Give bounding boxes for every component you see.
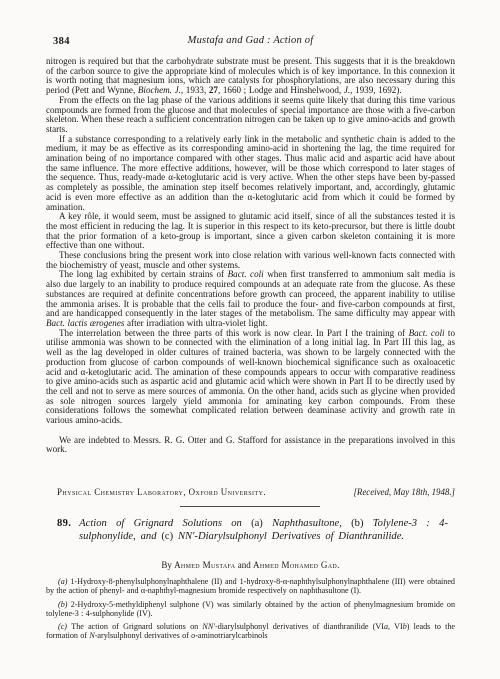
- article-heading: 89.Action of Grignard Solutions on (a) N…: [57, 517, 448, 543]
- text-segment: If a substance corresponding to a relati…: [46, 134, 455, 212]
- text-segment: Ahmed Mustafa: [174, 560, 235, 570]
- paragraph: A key rôle, it would seem, must be assig…: [46, 212, 455, 251]
- text-segment: NN′-Diarylsulphonyl Derivatives of Diant…: [178, 531, 404, 542]
- text-segment: (b): [58, 600, 71, 609]
- text-segment: to utilise ammonia was shown to be conne…: [46, 328, 455, 425]
- body-paragraphs: nitrogen is required but that the carboh…: [46, 57, 455, 455]
- paragraph: nitrogen is required but that the carboh…: [46, 57, 455, 96]
- running-title: Mustafa and Gad : Action of: [46, 35, 455, 46]
- text-segment: (c): [58, 622, 71, 631]
- paragraph: The interrelation between the three part…: [46, 329, 455, 426]
- text-segment: (a): [58, 577, 70, 586]
- text-segment: 1-Hydroxy-8-phenylsulphonylnaphthalene (…: [46, 577, 455, 595]
- text-segment: , VI: [388, 622, 403, 631]
- abstract-paragraphs: (a) 1-Hydroxy-8-phenylsulphonylnaphthale…: [46, 577, 455, 645]
- paragraph: (a) 1-Hydroxy-8-phenylsulphonylnaphthale…: [46, 577, 455, 596]
- text-segment: 2-Hydroxy-5-methyldiphenyl sulphone (V) …: [46, 600, 455, 618]
- text-segment: Bact. coli: [409, 328, 445, 338]
- text-segment: A key rôle, it would seem, must be assig…: [46, 211, 455, 250]
- text-segment: The long lag exhibited by certain strain…: [59, 269, 228, 279]
- article-number: 89.: [57, 518, 79, 529]
- text-segment: after irradiation with ultra-violet ligh…: [124, 318, 267, 328]
- text-segment: Action of Grignard Solutions on: [79, 518, 251, 529]
- text-segment: NN′: [202, 622, 215, 631]
- text-segment: -aminotriarylcarbinols: [195, 631, 267, 640]
- page-number: 384: [53, 36, 70, 47]
- text-segment: -diarylsulphonyl derivatives of dianthra…: [215, 622, 384, 631]
- text-segment: The action of Grignard solutions on: [71, 622, 202, 631]
- text-segment: and: [235, 560, 253, 570]
- paragraph: We are indebted to Messrs. R. G. Otter a…: [46, 436, 455, 455]
- paragraph: The long lag exhibited by certain strain…: [46, 270, 455, 328]
- section-divider: [180, 506, 320, 507]
- text-segment: Naphthasultone,: [272, 518, 351, 529]
- byline: By Ahmed Mustafa and Ahmed Mohamed Gad.: [46, 560, 455, 570]
- text-segment: , 1933,: [181, 85, 209, 95]
- text-segment: From the effects on the lag phase of the…: [46, 95, 455, 134]
- text-segment: , 1660 ; Lodge and Hinshelwood,: [218, 85, 344, 95]
- text-segment: Biochem. J.: [138, 85, 181, 95]
- text-segment: Bact. coli: [228, 269, 264, 279]
- text-segment: (c): [161, 531, 178, 542]
- paragraph: These conclusions bring the present work…: [46, 251, 455, 270]
- text-segment: The interrelation between the three part…: [59, 328, 409, 338]
- article-title: Action of Grignard Solutions on (a) Naph…: [79, 518, 448, 542]
- paragraph: If a substance corresponding to a relati…: [46, 135, 455, 213]
- laboratory-credit: Physical Chemistry Laboratory, Oxford Un…: [46, 487, 266, 497]
- text-segment: These conclusions bring the present work…: [46, 250, 455, 270]
- journal-page: 384 Mustafa and Gad : Action of nitrogen…: [0, 0, 500, 679]
- article-footer: Physical Chemistry Laboratory, Oxford Un…: [46, 487, 455, 497]
- text-segment: , 1939, 1692).: [350, 85, 401, 95]
- text-segment: Ahmed Mohamed Gad.: [253, 560, 340, 570]
- text-segment: (b): [351, 518, 373, 529]
- paragraph: From the effects on the lag phase of the…: [46, 96, 455, 135]
- text-segment: (a): [251, 518, 272, 529]
- received-date: [Received, May 18th, 1948.]: [353, 487, 455, 497]
- text-segment: -arylsulphonyl derivatives of: [95, 631, 191, 640]
- paragraph: (c) The action of Grignard solutions on …: [46, 622, 455, 641]
- running-head: 384 Mustafa and Gad : Action of: [46, 35, 455, 49]
- text-segment: We are indebted to Messrs. R. G. Otter a…: [46, 435, 455, 455]
- text-segment: 27: [209, 85, 218, 95]
- text-segment: Bact. lactis ærogenes: [46, 318, 124, 328]
- text-segment: By: [161, 560, 174, 570]
- paragraph: (b) 2-Hydroxy-5-methyldiphenyl sulphone …: [46, 600, 455, 619]
